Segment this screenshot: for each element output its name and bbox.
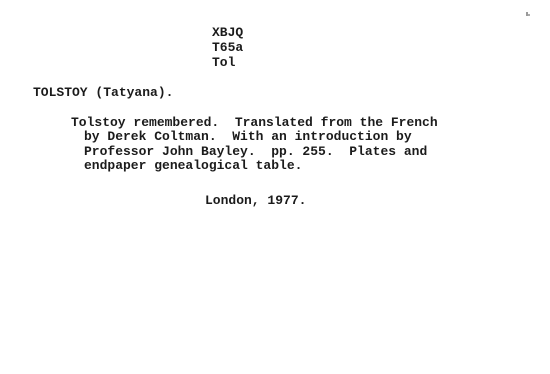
- call-number-block: XBJQ T65a Tol: [212, 25, 243, 70]
- description-line: Tolstoy remembered. Translated from the …: [71, 116, 438, 130]
- author-heading: TOLSTOY (Tatyana).: [33, 85, 173, 100]
- description-paragraph: Tolstoy remembered. Translated from the …: [71, 116, 438, 174]
- description-line: by Derek Coltman. With an introduction b…: [84, 130, 438, 144]
- call-number-line: Tol: [212, 55, 243, 70]
- call-number-line: T65a: [212, 40, 243, 55]
- imprint-line: London, 1977.: [205, 193, 306, 208]
- description-line: endpaper genealogical table.: [84, 159, 438, 173]
- scan-artifact-speck: [526, 12, 530, 16]
- call-number-line: XBJQ: [212, 25, 243, 40]
- catalogue-card: XBJQ T65a Tol TOLSTOY (Tatyana). Tolstoy…: [0, 0, 550, 374]
- description-line: Professor John Bayley. pp. 255. Plates a…: [84, 145, 438, 159]
